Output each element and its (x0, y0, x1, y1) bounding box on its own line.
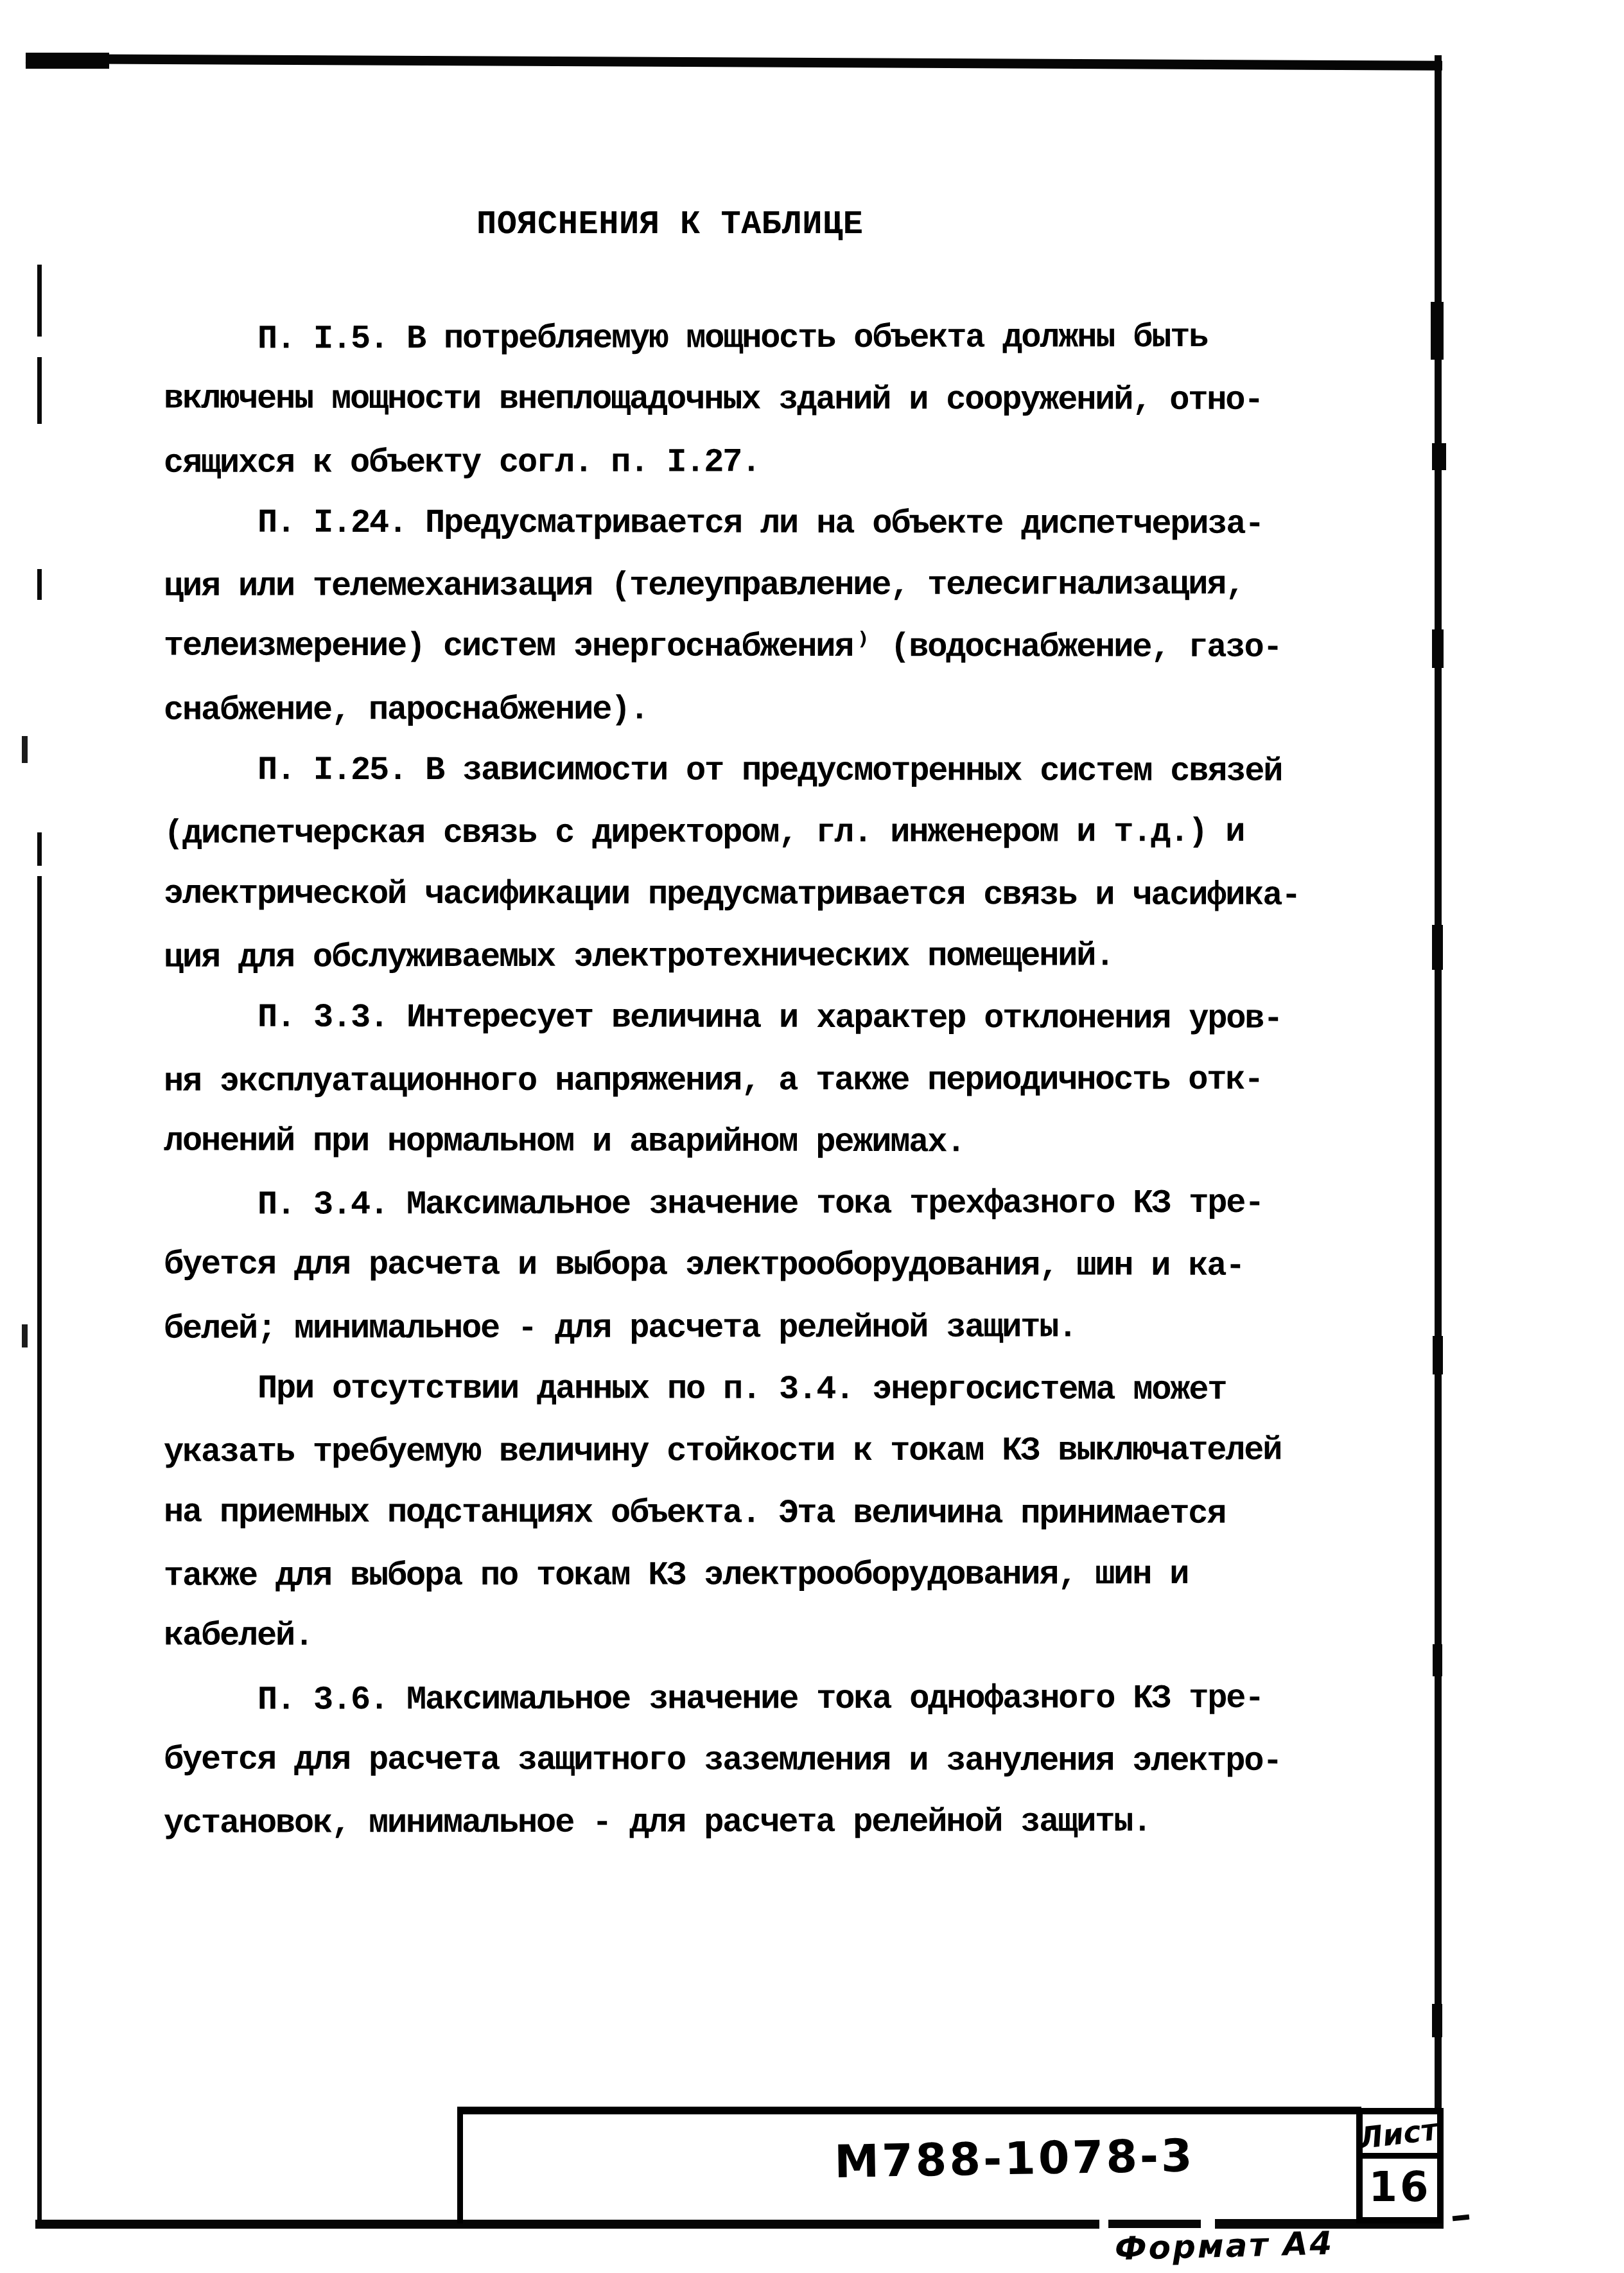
margin-tick-mark (22, 736, 28, 763)
sheet-box: Лист 16 (1356, 2108, 1444, 2224)
page-border-left-segment (37, 876, 42, 2224)
text-line: также для выбора по токам КЗ электрообор… (164, 1543, 1525, 1608)
scanned-document-page: { "document": { "title": "ПОЯСНЕНИЯ К ТА… (0, 0, 1624, 2273)
text-line: установок, минимальное - для расчета рел… (164, 1791, 1525, 1855)
text-line: телеизмерение) систем энергоснабжения⁾ (… (164, 616, 1525, 680)
text-line: ция или телемеханизация (телеуправление,… (164, 554, 1525, 618)
document-code: М788-1078-3 (789, 2128, 1239, 2189)
text-line: П. 3.6. Максимальное значение тока одноф… (164, 1667, 1525, 1732)
format-note: Формат А4 (1114, 2225, 1334, 2268)
page-border-top-ink-blob (26, 53, 109, 69)
text-line: П. I.25. В зависимости от предусмотренны… (164, 740, 1525, 803)
text-line: включены мощности внеплощадочных зданий … (164, 369, 1525, 432)
page-border-top (26, 54, 1442, 71)
text-line: сящихся к объекту согл. п. I.27. (164, 430, 1525, 495)
sheet-label: Лист (1356, 2112, 1440, 2156)
text-line: кабелей. (164, 1606, 1525, 1669)
edge-ink-dash (1453, 2215, 1470, 2222)
page-border-left-segment (37, 832, 42, 866)
text-line: П. I.24. Предусматривается ли на объекте… (164, 492, 1525, 556)
page-border-left-segment (37, 357, 42, 424)
text-line: П. 3.4. Максимальное значение тока трехф… (164, 1172, 1525, 1236)
border-ink-bump (1432, 2004, 1442, 2037)
text-line: П. I.5. В потребляемую мощность объекта … (164, 306, 1525, 371)
text-line: белей; минимальное - для расчета релейно… (164, 1296, 1525, 1360)
text-line: При отсутствии данных по п. 3.4. энергос… (164, 1358, 1525, 1422)
text-line: электрической часификации предусматривае… (164, 863, 1525, 927)
text-line: П. 3.3. Интересует величина и характер о… (164, 987, 1525, 1051)
page-border-left-segment (37, 569, 42, 600)
text-line: буется для расчета и выбора электрообору… (164, 1234, 1525, 1298)
sheet-label-cell: Лист (1363, 2114, 1437, 2159)
page-border-left-segment (37, 265, 42, 337)
text-line: (диспетчерская связь с директором, гл. и… (164, 802, 1525, 866)
text-line: указать требуемую величину стойкости к т… (164, 1419, 1525, 1484)
text-line: лонений при нормальном и аварийном режим… (164, 1110, 1525, 1174)
text-line: на приемных подстанциях объекта. Эта вел… (164, 1482, 1525, 1545)
sheet-number-cell: 16 (1363, 2159, 1437, 2216)
page-title: ПОЯСНЕНИЯ К ТАБЛИЦЕ (476, 206, 863, 243)
margin-tick-mark (22, 1324, 28, 1347)
sheet-number: 16 (1368, 2164, 1431, 2211)
text-line: снабжение, пароснабжение). (164, 678, 1525, 742)
text-line: ня эксплуатационного напряжения, а также… (164, 1049, 1525, 1113)
document-body: П. I.5. В потребляемую мощность объекта … (164, 308, 1525, 1854)
text-line: ция для обслуживаемых электротехнических… (164, 925, 1525, 989)
text-line: буется для расчета защитного заземления … (164, 1729, 1525, 1793)
